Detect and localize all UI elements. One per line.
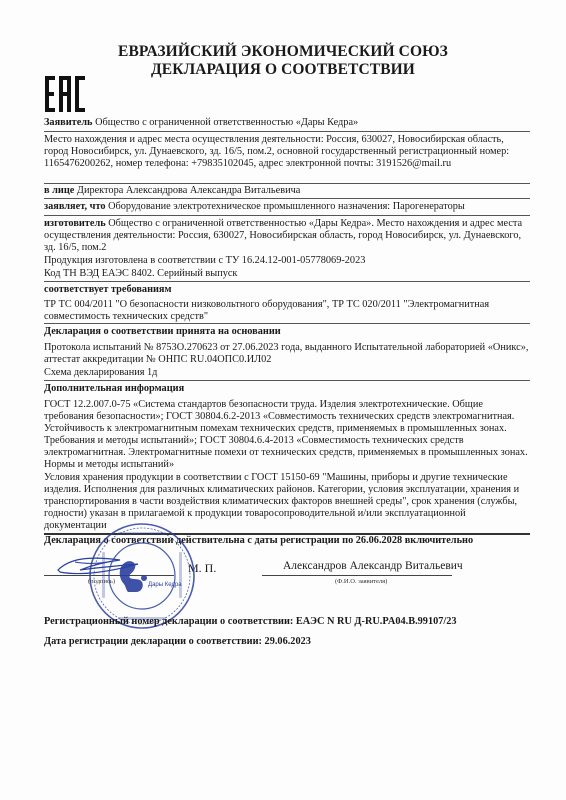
union-title: ЕВРАЗИЙСКИЙ ЭКОНОМИЧЕСКИЙ СОЮЗ — [0, 43, 566, 60]
declaration-scheme: Схема декларирования 1д — [44, 367, 530, 379]
divider — [44, 183, 530, 184]
applicant-value: Общество с ограниченной ответственностью… — [93, 117, 359, 128]
divider — [44, 323, 530, 324]
divider — [44, 215, 530, 216]
manufacturer-value: Общество с ограниченной ответственностью… — [44, 218, 522, 253]
divider — [44, 281, 530, 282]
company-seal-icon: Дары Кедра — [88, 522, 196, 630]
additional-info-label: Дополнительная информация — [44, 383, 530, 395]
name-caption: (Ф.И.О. заявителя) — [335, 578, 387, 586]
hs-code: Код ТН ВЭД ЕАЭС 8402. Серийный выпуск — [44, 268, 530, 280]
manufacturer-line: изготовитель Общество с ограниченной отв… — [44, 218, 530, 254]
manufacturer-label: изготовитель — [44, 218, 106, 229]
represented-by-value: Директора Александрова Александра Виталь… — [74, 185, 300, 196]
basis-label: Декларация о соответствии принята на осн… — [44, 326, 530, 338]
basis-value: Протокола испытаний № 8753О.270623 от 27… — [44, 342, 530, 366]
declares-label: заявляет, что — [44, 201, 106, 212]
declares-value: Оборудование электротехническое промышле… — [106, 201, 465, 212]
divider — [44, 198, 530, 199]
name-line — [262, 575, 452, 576]
signatory-name: Александров Александр Витальевич — [283, 560, 463, 572]
registration-number: Регистрационный номер декларации о соотв… — [44, 616, 530, 628]
divider — [44, 380, 530, 381]
registration-date: Дата регистрации декларации о соответств… — [44, 636, 530, 648]
produced-per-spec: Продукция изготовлена в соответствии с Т… — [44, 255, 530, 267]
declares-line: заявляет, что Оборудование электротехнич… — [44, 201, 530, 213]
applicant-label: Заявитель — [44, 117, 93, 128]
additional-standards: ГОСТ 12.2.007.0-75 «Система стандартов б… — [44, 399, 530, 472]
conforms-label: соответствует требованиям — [44, 284, 530, 296]
applicant-address: Место нахождения и адрес места осуществл… — [44, 134, 530, 170]
declaration-page: ЕВРАЗИЙСКИЙ ЭКОНОМИЧЕСКИЙ СОЮЗ ДЕКЛАРАЦИ… — [0, 0, 566, 800]
represented-by-line: в лице Директора Александрова Александра… — [44, 185, 530, 197]
eac-logo-icon — [45, 76, 85, 112]
applicant-line: Заявитель Общество с ограниченной ответс… — [44, 117, 530, 129]
stamp-brand: Дары Кедра — [148, 582, 182, 588]
conforms-value: ТР ТС 004/2011 "О безопасности низковоль… — [44, 299, 530, 323]
represented-by-label: в лице — [44, 185, 74, 196]
divider — [44, 131, 530, 132]
